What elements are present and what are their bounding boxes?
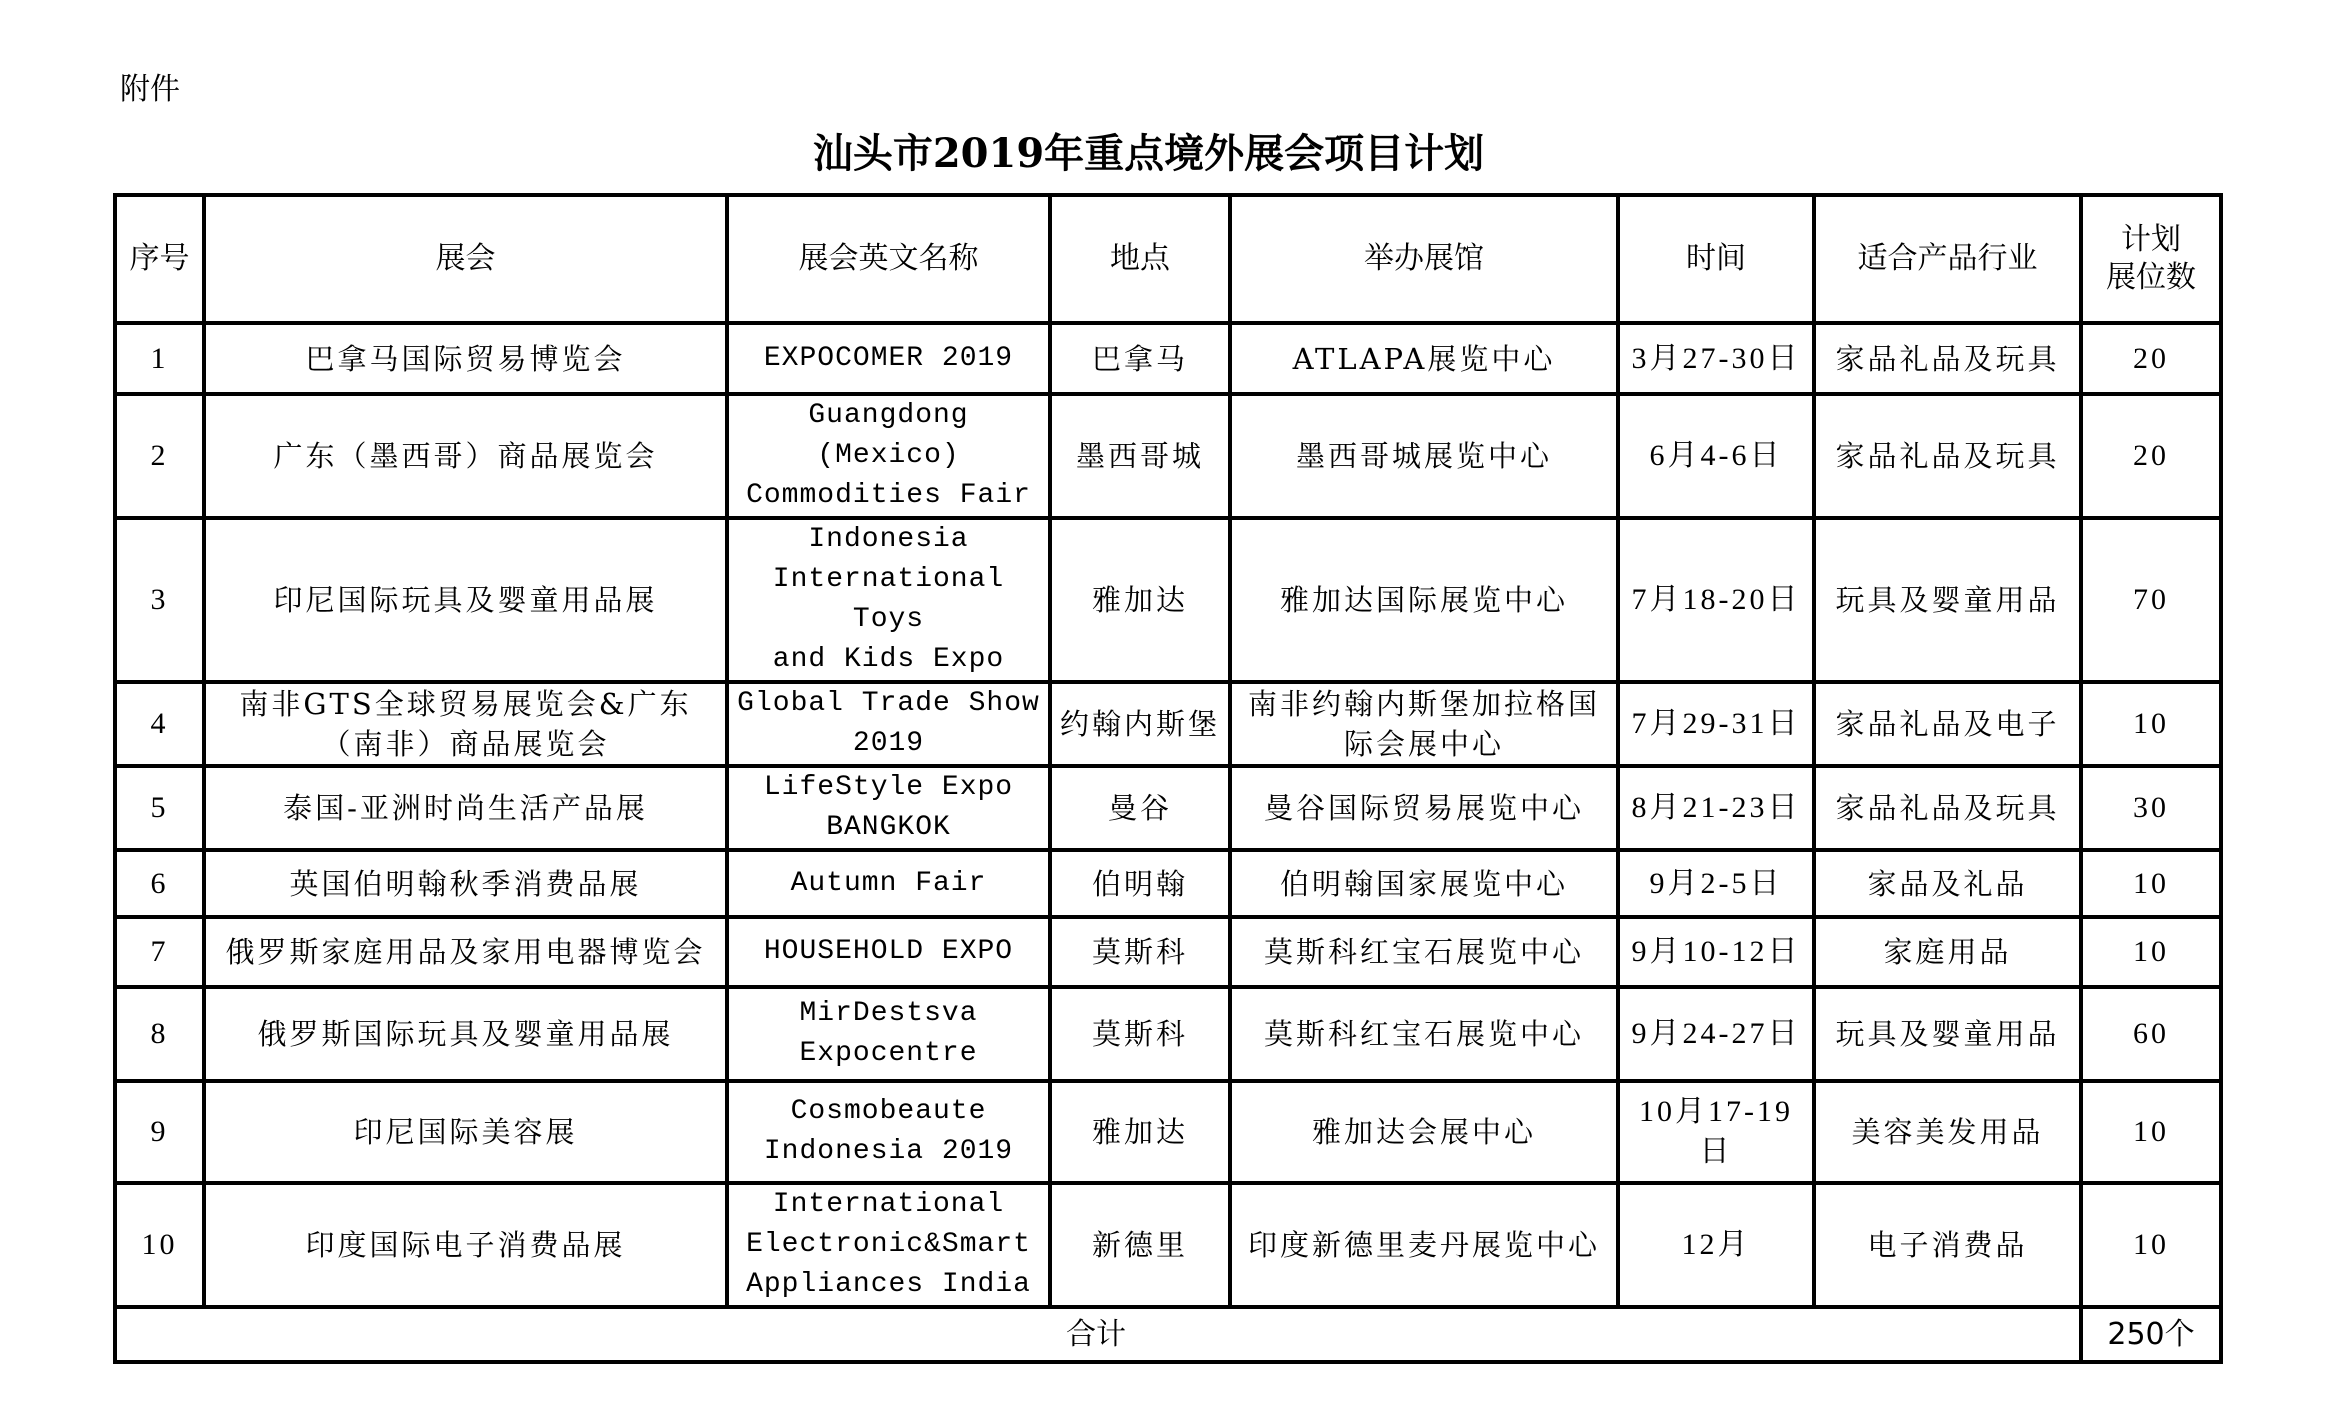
table-row: 1巴拿马国际贸易博览会EXPOCOMER 2019巴拿马ATLAPA展览中心3月…: [115, 323, 2221, 394]
cell-no: 8: [115, 987, 204, 1081]
cell-booths: 10: [2081, 917, 2221, 987]
cell-booths: 70: [2081, 518, 2221, 682]
cell-location: 墨西哥城: [1050, 394, 1230, 518]
english-name-line: Indonesia 2019: [733, 1132, 1044, 1172]
header-exhibition: 展会: [204, 195, 727, 323]
english-name-line: MirDestsva: [733, 994, 1044, 1034]
table-row: 6英国伯明翰秋季消费品展Autumn Fair伯明翰伯明翰国家展览中心9月2-5…: [115, 850, 2221, 917]
cell-venue: 莫斯科红宝石展览中心: [1230, 987, 1618, 1081]
cell-venue: 墨西哥城展览中心: [1230, 394, 1618, 518]
cell-date: 9月2-5日: [1618, 850, 1814, 917]
cell-english-name: Guangdong (Mexico)Commodities Fair: [727, 394, 1050, 518]
cell-industry: 家品礼品及玩具: [1814, 394, 2081, 518]
cell-venue: 南非约翰内斯堡加拉格国际会展中心: [1230, 682, 1618, 766]
english-name-line: International Toys: [733, 560, 1044, 640]
english-name-line: 2019: [733, 724, 1044, 764]
document-title: 汕头市2019年重点境外展会项目计划: [0, 126, 2333, 182]
table-header-row: 序号 展会 展会英文名称 地点 举办展馆 时间 适合产品行业 计划 展位数: [115, 195, 2221, 323]
cell-no: 6: [115, 850, 204, 917]
exhibition-plan-table: 序号 展会 展会英文名称 地点 举办展馆 时间 适合产品行业 计划 展位数 1巴…: [113, 193, 2223, 1364]
header-booths-line2: 展位数: [2087, 259, 2215, 297]
cell-booths: 10: [2081, 1183, 2221, 1307]
table-row: 8俄罗斯国际玩具及婴童用品展MirDestsvaExpocentre莫斯科莫斯科…: [115, 987, 2221, 1081]
cell-english-name: LifeStyle ExpoBANGKOK: [727, 766, 1050, 850]
cell-location: 伯明翰: [1050, 850, 1230, 917]
cell-date: 10月17-19日: [1618, 1081, 1814, 1183]
cell-venue: 雅加达国际展览中心: [1230, 518, 1618, 682]
cell-industry: 美容美发用品: [1814, 1081, 2081, 1183]
cell-location: 新德里: [1050, 1183, 1230, 1307]
cell-no: 1: [115, 323, 204, 394]
english-name-line: HOUSEHOLD EXPO: [733, 932, 1044, 972]
cell-date: 3月27-30日: [1618, 323, 1814, 394]
cell-booths: 10: [2081, 682, 2221, 766]
cell-venue: 莫斯科红宝石展览中心: [1230, 917, 1618, 987]
document-title-text: 汕头市2019年重点境外展会项目计划: [813, 130, 1484, 177]
cell-no: 2: [115, 394, 204, 518]
cell-location: 莫斯科: [1050, 987, 1230, 1081]
header-industry: 适合产品行业: [1814, 195, 2081, 323]
cell-date: 9月24-27日: [1618, 987, 1814, 1081]
cell-industry: 电子消费品: [1814, 1183, 2081, 1307]
table-total-row: 合计 250个: [115, 1307, 2221, 1362]
english-name-line: Cosmobeaute: [733, 1092, 1044, 1132]
cell-exhibition: 印尼国际玩具及婴童用品展: [204, 518, 727, 682]
cell-location: 曼谷: [1050, 766, 1230, 850]
cell-industry: 玩具及婴童用品: [1814, 987, 2081, 1081]
header-location: 地点: [1050, 195, 1230, 323]
english-name-line: Guangdong (Mexico): [733, 396, 1044, 476]
english-name-line: and Kids Expo: [733, 640, 1044, 680]
english-name-line: Commodities Fair: [733, 476, 1044, 516]
cell-no: 10: [115, 1183, 204, 1307]
cell-date: 9月10-12日: [1618, 917, 1814, 987]
cell-english-name: InternationalElectronic&SmartAppliances …: [727, 1183, 1050, 1307]
table-row: 10印度国际电子消费品展InternationalElectronic&Smar…: [115, 1183, 2221, 1307]
cell-exhibition: 印尼国际美容展: [204, 1081, 727, 1183]
cell-location: 雅加达: [1050, 1081, 1230, 1183]
cell-industry: 家品礼品及玩具: [1814, 766, 2081, 850]
cell-date: 8月21-23日: [1618, 766, 1814, 850]
cell-exhibition: 广东（墨西哥）商品展览会: [204, 394, 727, 518]
english-name-line: EXPOCOMER 2019: [733, 339, 1044, 379]
cell-industry: 家庭用品: [1814, 917, 2081, 987]
cell-date: 6月4-6日: [1618, 394, 1814, 518]
cell-location: 雅加达: [1050, 518, 1230, 682]
cell-english-name: Autumn Fair: [727, 850, 1050, 917]
cell-venue: 印度新德里麦丹展览中心: [1230, 1183, 1618, 1307]
total-label: 合计: [115, 1307, 2081, 1362]
cell-industry: 玩具及婴童用品: [1814, 518, 2081, 682]
header-no: 序号: [115, 195, 204, 323]
table-row: 5泰国-亚洲时尚生活产品展LifeStyle ExpoBANGKOK曼谷曼谷国际…: [115, 766, 2221, 850]
header-venue: 举办展馆: [1230, 195, 1618, 323]
cell-date: 12月: [1618, 1183, 1814, 1307]
cell-booths: 60: [2081, 987, 2221, 1081]
total-value: 250个: [2081, 1307, 2221, 1362]
table-row: 9印尼国际美容展CosmobeauteIndonesia 2019雅加达雅加达会…: [115, 1081, 2221, 1183]
cell-booths: 10: [2081, 850, 2221, 917]
english-name-line: Autumn Fair: [733, 864, 1044, 904]
english-name-line: LifeStyle Expo: [733, 768, 1044, 808]
table-row: 3印尼国际玩具及婴童用品展IndonesiaInternational Toys…: [115, 518, 2221, 682]
cell-exhibition: 俄罗斯国际玩具及婴童用品展: [204, 987, 727, 1081]
cell-no: 3: [115, 518, 204, 682]
cell-date: 7月29-31日: [1618, 682, 1814, 766]
cell-no: 5: [115, 766, 204, 850]
cell-location: 莫斯科: [1050, 917, 1230, 987]
header-booths: 计划 展位数: [2081, 195, 2221, 323]
table-row: 7俄罗斯家庭用品及家用电器博览会HOUSEHOLD EXPO莫斯科莫斯科红宝石展…: [115, 917, 2221, 987]
cell-no: 7: [115, 917, 204, 987]
english-name-line: Electronic&Smart: [733, 1225, 1044, 1265]
cell-english-name: EXPOCOMER 2019: [727, 323, 1050, 394]
cell-booths: 30: [2081, 766, 2221, 850]
cell-english-name: CosmobeauteIndonesia 2019: [727, 1081, 1050, 1183]
english-name-line: Expocentre: [733, 1034, 1044, 1074]
cell-exhibition: 俄罗斯家庭用品及家用电器博览会: [204, 917, 727, 987]
table-row: 4南非GTS全球贸易展览会&广东（南非）商品展览会Global Trade Sh…: [115, 682, 2221, 766]
attachment-label: 附件: [120, 70, 180, 110]
cell-english-name: Global Trade Show2019: [727, 682, 1050, 766]
english-name-line: BANGKOK: [733, 808, 1044, 848]
table-body: 1巴拿马国际贸易博览会EXPOCOMER 2019巴拿马ATLAPA展览中心3月…: [115, 323, 2221, 1307]
cell-venue: 曼谷国际贸易展览中心: [1230, 766, 1618, 850]
cell-venue: 伯明翰国家展览中心: [1230, 850, 1618, 917]
cell-booths: 10: [2081, 1081, 2221, 1183]
cell-no: 9: [115, 1081, 204, 1183]
english-name-line: Global Trade Show: [733, 684, 1044, 724]
english-name-line: International: [733, 1185, 1044, 1225]
cell-exhibition: 巴拿马国际贸易博览会: [204, 323, 727, 394]
cell-english-name: MirDestsvaExpocentre: [727, 987, 1050, 1081]
cell-english-name: HOUSEHOLD EXPO: [727, 917, 1050, 987]
cell-booths: 20: [2081, 323, 2221, 394]
header-english-name: 展会英文名称: [727, 195, 1050, 323]
cell-venue: 雅加达会展中心: [1230, 1081, 1618, 1183]
cell-no: 4: [115, 682, 204, 766]
cell-location: 巴拿马: [1050, 323, 1230, 394]
header-date: 时间: [1618, 195, 1814, 323]
cell-date: 7月18-20日: [1618, 518, 1814, 682]
cell-exhibition: 英国伯明翰秋季消费品展: [204, 850, 727, 917]
english-name-line: Appliances India: [733, 1265, 1044, 1305]
cell-industry: 家品礼品及玩具: [1814, 323, 2081, 394]
cell-venue: ATLAPA展览中心: [1230, 323, 1618, 394]
cell-exhibition: 印度国际电子消费品展: [204, 1183, 727, 1307]
table-row: 2广东（墨西哥）商品展览会Guangdong (Mexico)Commoditi…: [115, 394, 2221, 518]
cell-english-name: IndonesiaInternational Toysand Kids Expo: [727, 518, 1050, 682]
cell-location: 约翰内斯堡: [1050, 682, 1230, 766]
english-name-line: Indonesia: [733, 520, 1044, 560]
cell-exhibition: 泰国-亚洲时尚生活产品展: [204, 766, 727, 850]
cell-industry: 家品礼品及电子: [1814, 682, 2081, 766]
cell-industry: 家品及礼品: [1814, 850, 2081, 917]
cell-booths: 20: [2081, 394, 2221, 518]
header-booths-line1: 计划: [2087, 221, 2215, 259]
cell-exhibition: 南非GTS全球贸易展览会&广东（南非）商品展览会: [204, 682, 727, 766]
